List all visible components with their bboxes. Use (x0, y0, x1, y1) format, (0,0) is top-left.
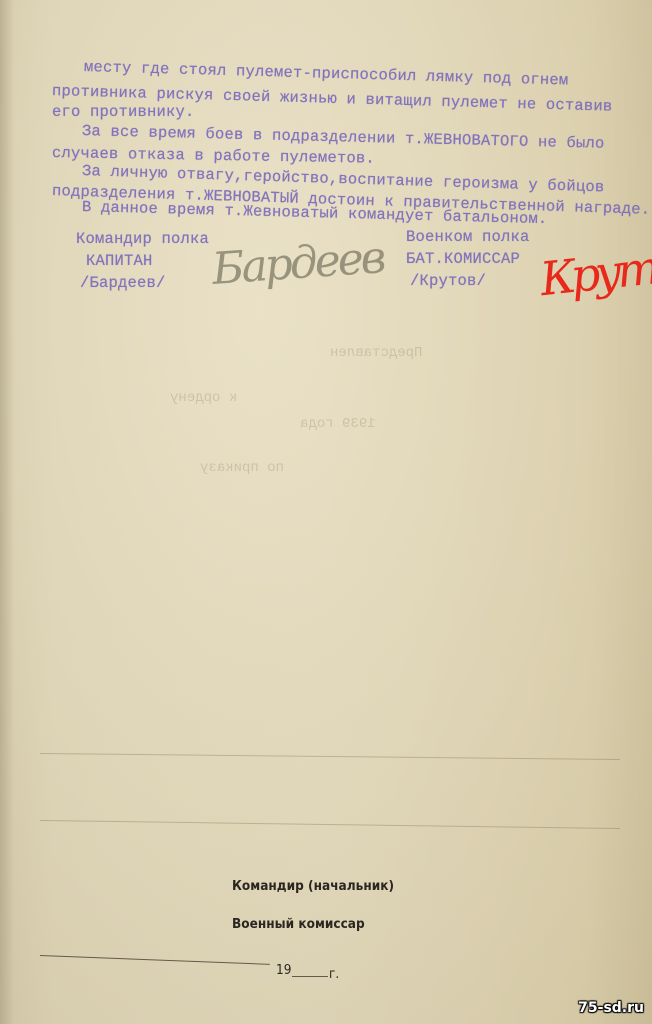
paper-edge-shadow (0, 0, 14, 1024)
signature-right-rank: БАТ.КОМИССАР (406, 250, 520, 268)
date-suffix: г. (329, 966, 339, 982)
signature-right-handwritten: Крутов (538, 236, 652, 306)
signature-right-name: /Крутов/ (410, 272, 486, 290)
site-watermark: 75-sd.ru (578, 1000, 644, 1016)
date-year: 19 (276, 962, 291, 978)
signature-left-handwritten: Бардеев (210, 232, 384, 295)
document-page: Представлен к ордену 1939 года по приказ… (0, 0, 652, 1024)
typed-line: его противнику. (52, 103, 195, 121)
bleed-through-text: 1939 года (300, 416, 376, 432)
form-commissar-label: Военный комиссар (232, 916, 365, 932)
bleed-through-text: к ордену (170, 390, 237, 406)
signature-right-title: Военком полка (406, 228, 530, 246)
date-underline (40, 955, 270, 965)
bleed-through-rule (40, 753, 620, 760)
bleed-through-rule (40, 820, 620, 829)
bleed-through-text: по приказу (200, 460, 284, 476)
bleed-through-text: Представлен (330, 345, 422, 361)
signature-left-title: Командир полка (76, 230, 209, 248)
date-year-underline (292, 976, 328, 977)
signature-left-rank: КАПИТАН (86, 252, 153, 270)
signature-left-name: /Бардеев/ (80, 274, 166, 292)
form-commander-label: Командир (начальник) (232, 878, 394, 894)
